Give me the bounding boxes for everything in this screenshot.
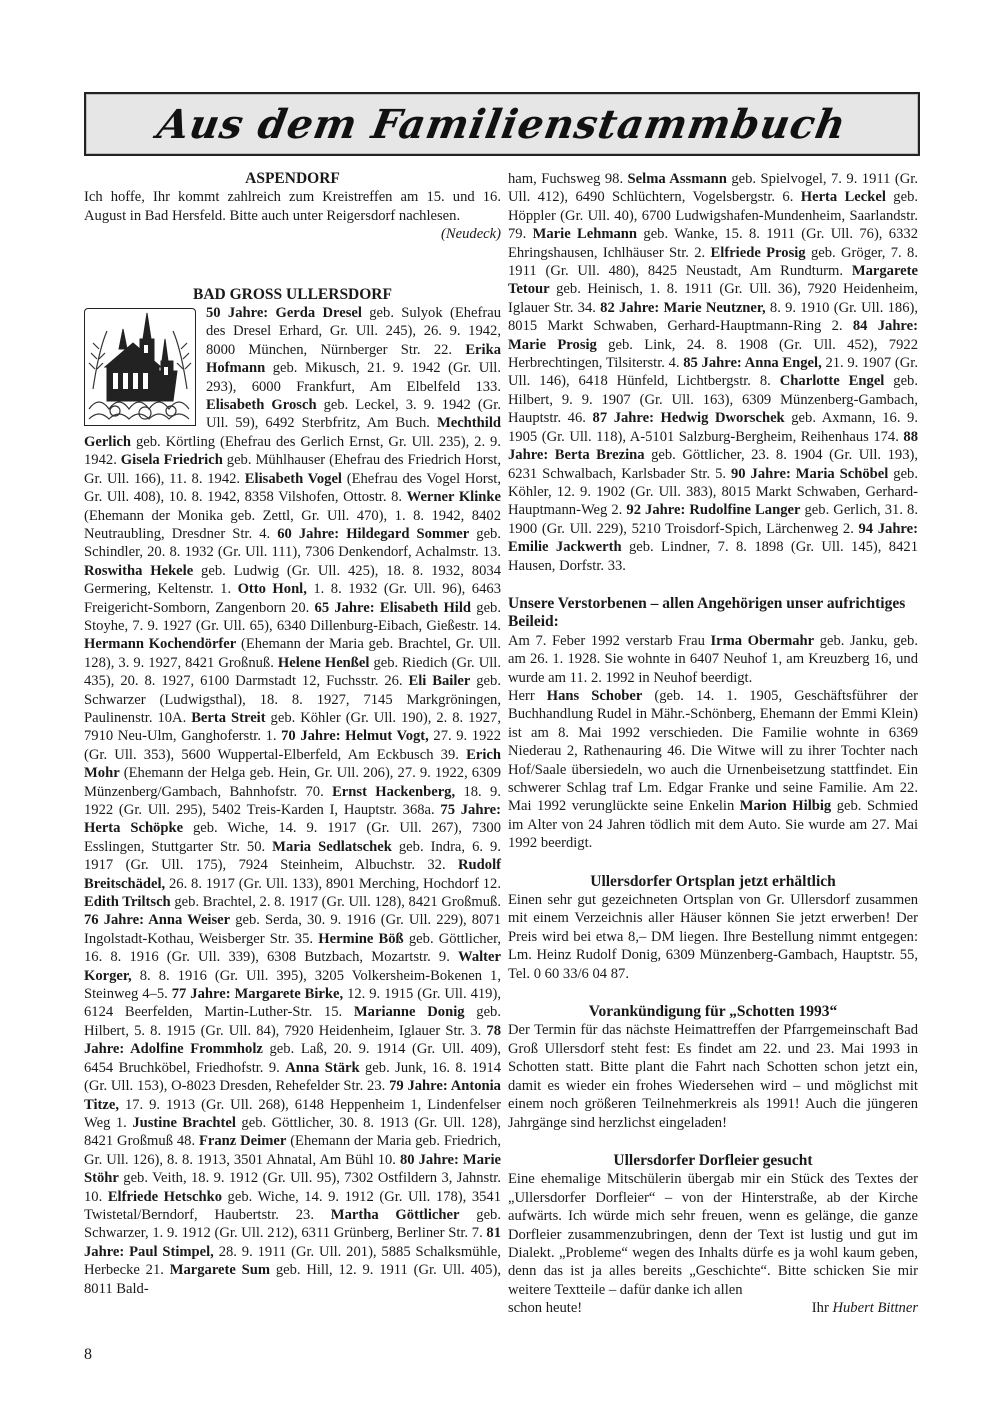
deceased-name: Irma Obermahr	[710, 633, 814, 649]
person-name: 92 Jahre: Rudolfine Langer	[626, 502, 800, 518]
person-name: 82 Jahre: Marie Neutzner,	[600, 300, 766, 316]
person-name: 87 Jahre: Hedwig Dworschek	[593, 410, 785, 426]
person-name: 60 Jahre: Hildegard Sommer	[277, 526, 469, 542]
heading-bad-gross-ullersdorf: BAD GROSS ULLERSDORF	[84, 286, 501, 304]
church-emblem-icon	[84, 308, 196, 426]
person-name: Helene Henßel	[278, 655, 370, 671]
person-name: Franz Deimer	[199, 1133, 286, 1149]
person-name: Gisela Friedrich	[121, 452, 223, 468]
person-name: Elisabeth Vogel	[245, 471, 342, 487]
author-name: Hubert Bittner	[832, 1300, 918, 1316]
person-name: Eli Bailer	[408, 673, 470, 689]
obituary-2: Herr Hans Schober (geb. 14. 1. 1905, Ges…	[508, 687, 918, 853]
deceased-name: Marion Hilbig	[740, 798, 831, 814]
person-name: 90 Jahre: Maria Schöbel	[731, 466, 888, 482]
deceased-name: Hans Schober	[547, 688, 643, 704]
person-name: Berta Streit	[191, 710, 265, 726]
ortsplan-text: Einen sehr gut gezeichneten Ortsplan von…	[508, 891, 918, 983]
heading-dorfleier: Ullersdorfer Dorfleier gesucht	[508, 1152, 918, 1170]
person-name: Charlotte Engel	[780, 373, 885, 389]
person-name: Justine Brachtel	[132, 1115, 236, 1131]
dorfleier-text: Eine ehemalige Mitschülerin übergab mir …	[508, 1170, 918, 1299]
page-number: 8	[84, 1346, 92, 1364]
person-name: Elfriede Hetschko	[108, 1189, 222, 1205]
person-name: Marianne Donig	[354, 1004, 465, 1020]
person-name: Otto Honl,	[238, 581, 307, 597]
birthday-list-left: 50 Jahre: Gerda Dresel geb. Sulyok (Ehef…	[84, 304, 501, 1298]
person-name: Hermine Böß	[318, 931, 403, 947]
closing-line: schon heute! Ihr Hubert Bittner	[508, 1299, 918, 1317]
person-name: Werner Klinke	[407, 489, 501, 505]
person-name: Roswitha Hekele	[84, 563, 193, 579]
person-name: 85 Jahre: Anna Engel,	[683, 355, 822, 371]
person-name: 76 Jahre: Anna Weiser	[84, 912, 230, 928]
schotten-text: Der Termin für das nächste Heimattreffen…	[508, 1021, 918, 1131]
person-name: Selma Assmann	[628, 171, 727, 187]
person-name: Martha Göttlicher	[331, 1207, 460, 1223]
section-banner: Aus dem Familienstammbuch	[84, 92, 920, 156]
heading-schotten: Vorankündigung für „Schotten 1993“	[508, 1003, 918, 1021]
obituary-1: Am 7. Feber 1992 verstarb Frau Irma Ober…	[508, 632, 918, 687]
person-name: Elfriede Prosig	[711, 245, 806, 261]
person-details: ham, Fuchsweg 98.	[508, 171, 628, 187]
person-name: Elisabeth Grosch	[206, 397, 317, 413]
person-name: Marie Lehmann	[533, 226, 637, 242]
aspendorf-signature: (Neudeck)	[84, 225, 501, 243]
person-name: Hermann Kochendörfer	[84, 636, 236, 652]
person-name: 70 Jahre: Helmut Vogt,	[281, 728, 429, 744]
person-name: Anna Stärk	[285, 1060, 359, 1076]
aspendorf-text: Ich hoffe, Ihr kommt zahlreich zum Kreis…	[84, 188, 501, 225]
birthday-list-right: ham, Fuchsweg 98. Selma Assmann geb. Spi…	[508, 170, 918, 575]
person-name: Ernst Hackenberg,	[332, 784, 455, 800]
heading-aspendorf: ASPENDORF	[84, 170, 501, 188]
right-column: ham, Fuchsweg 98. Selma Assmann geb. Spi…	[508, 170, 918, 1318]
person-name: Maria Sedlatschek	[272, 839, 392, 855]
person-details: 26. 8. 1917 (Gr. Ull. 133), 8901 Merchin…	[165, 876, 501, 892]
signature: Ihr Hubert Bittner	[812, 1299, 918, 1317]
heading-verstorbene: Unsere Verstorbenen – allen Angehörigen …	[508, 595, 918, 632]
left-column: ASPENDORF Ich hoffe, Ihr kommt zahlreich…	[84, 170, 501, 1298]
person-name: 50 Jahre: Gerda Dresel	[206, 305, 362, 321]
person-name: 65 Jahre: Elisabeth Hild	[315, 600, 472, 616]
person-name: 77 Jahre: Margarete Birke,	[172, 986, 343, 1002]
person-name: Margarete Sum	[170, 1262, 270, 1278]
person-name: Herta Leckel	[801, 189, 886, 205]
banner-title: Aus dem Familienstammbuch	[154, 101, 850, 148]
heading-ortsplan: Ullersdorfer Ortsplan jetzt erhältlich	[508, 873, 918, 891]
person-details: geb. Brachtel, 2. 8. 1917 (Gr. Ull. 128)…	[171, 894, 501, 910]
person-name: Edith Triltsch	[84, 894, 171, 910]
closing-left: schon heute!	[508, 1299, 582, 1317]
